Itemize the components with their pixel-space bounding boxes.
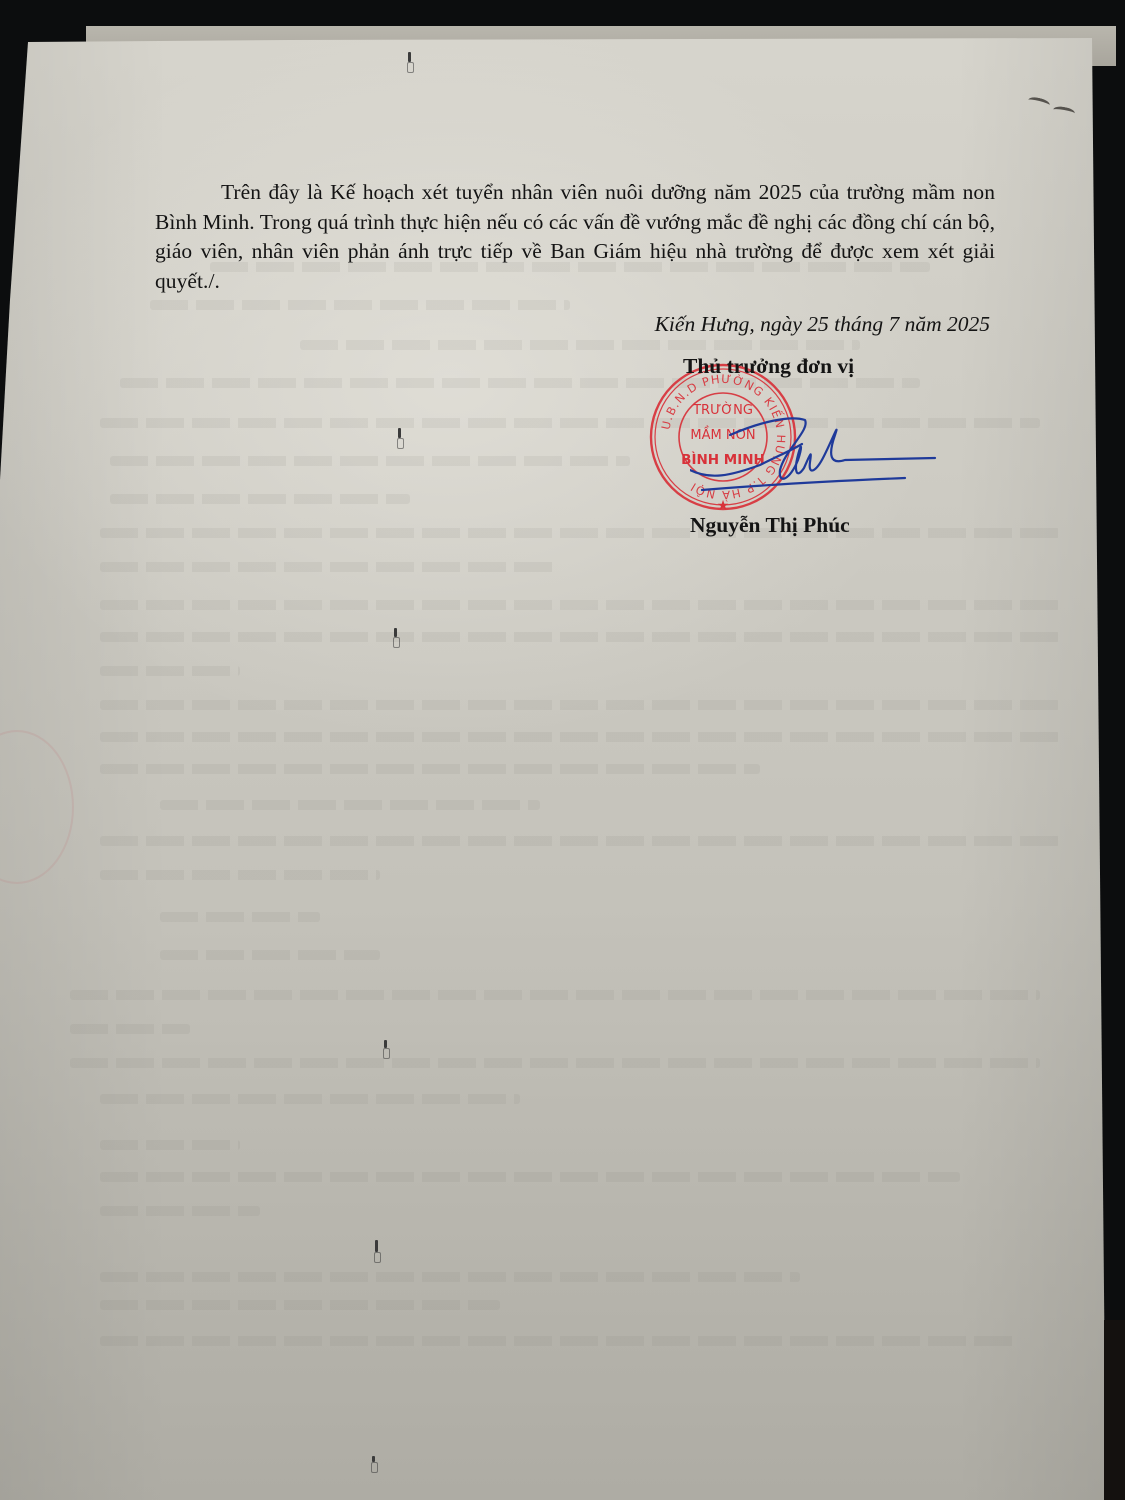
place-date: Kiến Hưng, ngày 25 tháng 7 năm 2025 [590,312,990,337]
signer-title: Thủ trưởng đơn vị [683,354,854,379]
punch-mark [408,52,411,62]
background-edge [1104,1320,1125,1500]
closing-paragraph: Trên đây là Kế hoạch xét tuyển nhân viên… [155,178,995,296]
punch-mark [384,1040,387,1048]
punch-mark [372,1456,375,1462]
punch-mark [398,428,401,438]
punch-mark [394,628,397,637]
signer-name: Nguyễn Thị Phúc [690,513,850,538]
punch-mark [375,1240,378,1252]
signature [690,410,940,500]
star-icon: ★ [717,498,730,512]
